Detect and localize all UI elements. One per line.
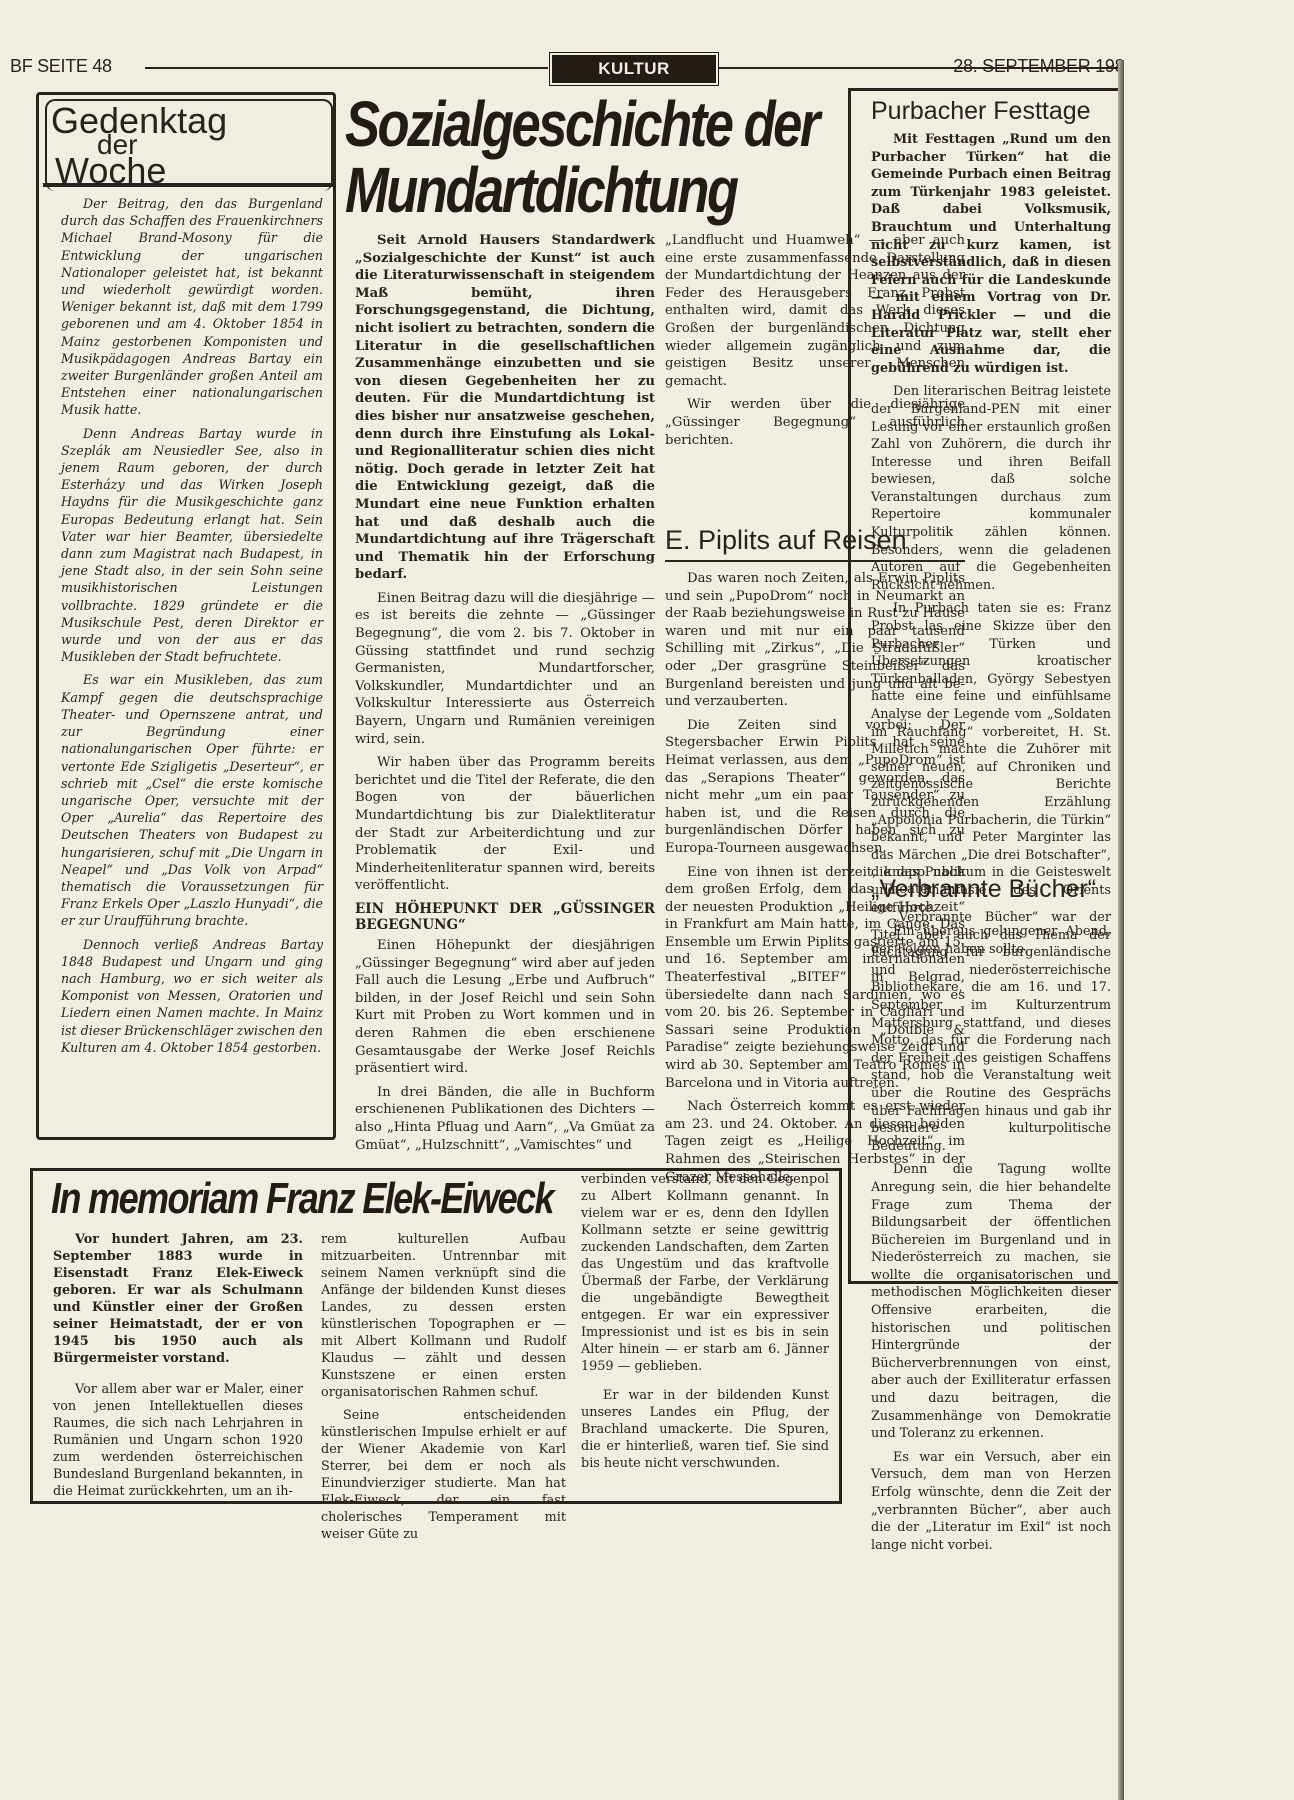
gedenktag-title-rule — [43, 183, 333, 187]
buecher-paragraph: Es war ein Versuch, aber ein Versuch, de… — [871, 1449, 1111, 1555]
memoriam-col3: verbinden verstand, oft den Gegenpol zu … — [581, 1171, 829, 1478]
gedenktag-box: Gedenktag der Woche Der Beitrag, den das… — [36, 92, 336, 1140]
buecher-headline: „Verbrannte Bücher“ — [871, 877, 1096, 902]
page-number: BF SEITE 48 — [10, 56, 112, 77]
main-article-paragraph: Wir haben über das Programm bereits beri… — [355, 754, 655, 895]
purbach-headline: Purbacher Festtage — [871, 99, 1091, 124]
purbach-lead: Mit Festtagen „Rund um den Purbacher Tür… — [871, 131, 1111, 377]
memoriam-paragraph: Er war in der bildenden Kunst unseres La… — [581, 1387, 829, 1472]
main-article-paragraph: Einen Höhepunkt der diesjährigen „Güssin… — [355, 937, 655, 1078]
gedenktag-paragraph: Der Beitrag, den das Burgenland durch da… — [61, 195, 323, 419]
memoriam-col2: rem kulturellen Aufbau mitzuarbeiten. Un… — [321, 1231, 566, 1549]
gedenktag-title-1: Gedenktag — [51, 103, 227, 139]
main-headline-line2: Mundartdichtung — [345, 158, 737, 222]
main-article-lead: Seit Arnold Hausers Standardwerk „Sozial… — [355, 232, 655, 584]
gedenktag-paragraph: Dennoch verließ Andreas Bartay 1848 Buda… — [61, 936, 323, 1056]
main-article-paragraph: In drei Bänden, die alle in Buchform ers… — [355, 1084, 655, 1154]
memoriam-paragraph: verbinden verstand, oft den Gegenpol zu … — [581, 1171, 829, 1375]
main-article-subheading: EIN HÖHEPUNKT DER „GÜSSINGER BEGEGNUNG“ — [355, 901, 655, 933]
page-margin — [1122, 0, 1294, 1800]
gedenktag-paragraph: Es war ein Musikleben, das zum Kampf geg… — [61, 671, 323, 929]
purbach-paragraph: Den literarischen Beitrag leistete der B… — [871, 383, 1111, 594]
memoriam-paragraph: rem kulturellen Aufbau mitzuarbeiten. Un… — [321, 1231, 566, 1401]
issue-date: 28. SEPTEMBER 1983 — [953, 56, 1134, 77]
main-article-paragraph: Einen Beitrag dazu will die diesjährige … — [355, 590, 655, 748]
section-label: KULTUR — [552, 55, 716, 83]
memoriam-paragraph: Vor allem aber war er Maler, einer von j… — [53, 1381, 303, 1500]
main-article-col1: Seit Arnold Hausers Standardwerk „Sozial… — [355, 232, 655, 1160]
buecher-body: „Verbrannte Bücher“ war der Titel, aber … — [871, 909, 1111, 1560]
memoriam-box: In memoriam Franz Elek-Eiweck Vor hunder… — [30, 1168, 842, 1504]
main-headline-line1: Sozialgeschichte der — [345, 92, 818, 156]
page-edge-shadow — [1118, 60, 1124, 1800]
header-rule-left — [145, 67, 548, 69]
purbach-paragraph: In Purbach taten sie es: Franz Probst la… — [871, 600, 1111, 917]
memoriam-lead: Vor hundert Jahren, am 23. September 188… — [53, 1231, 303, 1367]
memoriam-paragraph: Seine entscheidenden künstlerischen Impu… — [321, 1407, 566, 1543]
buecher-paragraph: Denn die Tagung wollte Anregung sein, di… — [871, 1161, 1111, 1443]
memoriam-col1: Vor hundert Jahren, am 23. September 188… — [53, 1231, 303, 1506]
buecher-paragraph: „Verbrannte Bücher“ war der Titel, aber … — [871, 909, 1111, 1155]
purbach-body: Mit Festtagen „Rund um den Purbacher Tür… — [871, 131, 1111, 964]
gedenktag-body: Der Beitrag, den das Burgenland durch da… — [61, 195, 323, 1062]
memoriam-headline: In memoriam Franz Elek-Eiweck — [51, 1177, 553, 1221]
right-column-box: Purbacher Festtage Mit Festtagen „Rund u… — [848, 88, 1122, 1284]
gedenktag-paragraph: Denn Andreas Bartay wurde in Szeplák am … — [61, 425, 323, 666]
